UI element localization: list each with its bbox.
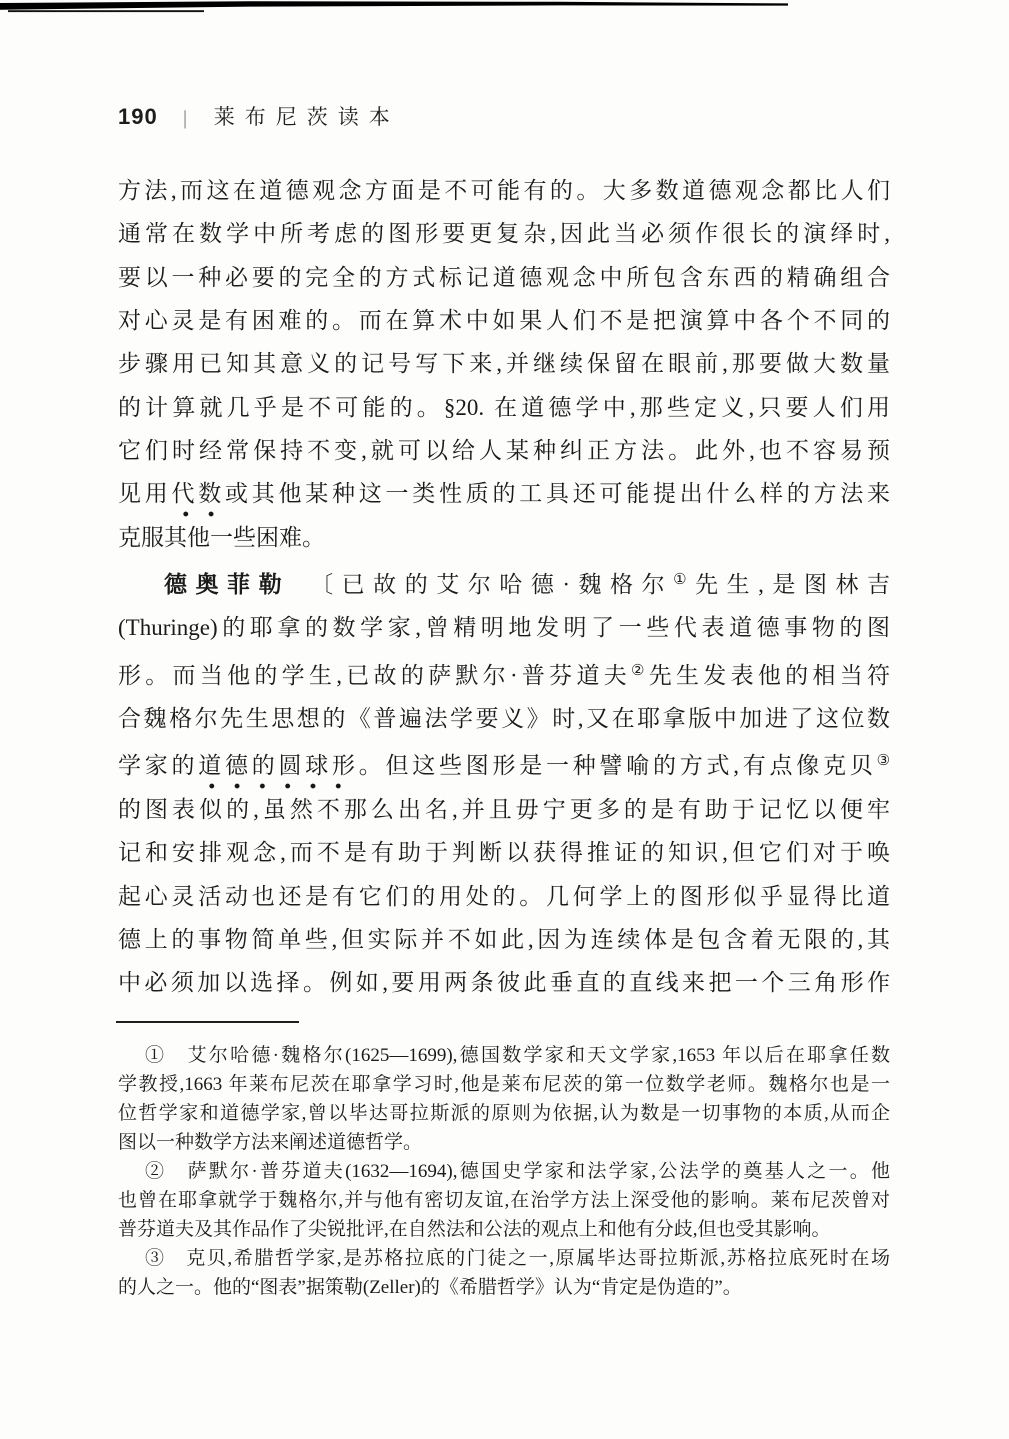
body-line: 方法,而这在道德观念方面是不可能有的。大多数道德观念都比人们 <box>118 169 890 212</box>
body-line: 形。而当他的学生,已故的萨默尔·普芬道夫②先生发表他的相当符 <box>118 650 890 697</box>
scan-artifact-top <box>0 0 1009 18</box>
body-line: 起心灵活动也还是有它们的用处的。几何学上的图形似乎显得比道 <box>118 875 890 918</box>
body-line: 步骤用已知其意义的记号写下来,并继续保留在眼前,那要做大数量 <box>118 342 890 385</box>
text-run: 见用 <box>118 481 172 506</box>
footnote-line: 普芬道夫及其作品作了尖锐批评,在自然法和公法的观点上和他有分歧,但也受其影响。 <box>118 1215 890 1244</box>
body-line: 克服其他一些困难。 <box>118 516 890 559</box>
text-run: 。但这些图形是一种譬喻的方式,有点像克贝 <box>359 753 877 778</box>
footnote-ref: ③ <box>877 753 890 769</box>
footnote-line: ① 艾尔哈德·魏格尔(1625—1699),德国数学家和天文学家,1653 年以… <box>118 1041 890 1070</box>
text-run: 步骤用已知其意义的记号写下来,并继续保留在眼前,那要做大数量 <box>118 351 890 376</box>
footnote-line: 也曾在耶拿就学于魏格尔,并与他有密切友谊,在治学方法上深受他的影响。莱布尼茨曾对 <box>118 1186 890 1215</box>
page-number: 190 <box>118 104 158 130</box>
text-run: 克服其他一些困难。 <box>118 525 325 550</box>
text-run: 记和安排观念,而不是有助于判断以获得推证的知识,但它们对于唤 <box>118 840 890 865</box>
text-run: 的图表似的,虽然不那么出名,并且毋宁更多的是有助于记忆以便牢 <box>118 797 890 822</box>
footnote-line: ③ 克贝,希腊哲学家,是苏格拉底的门徒之一,原属毕达哥拉斯派,苏格拉底死时在场 <box>118 1244 890 1273</box>
footnotes-section: ① 艾尔哈德·魏格尔(1625—1699),德国数学家和天文学家,1653 年以… <box>118 1041 890 1302</box>
footnote-ref: ① <box>673 572 695 588</box>
footnote-line: 位哲学家和道德学家,曾以毕达哥拉斯派的原则为依据,认为数是一切事物的本质,从而企 <box>118 1099 890 1128</box>
text-run: 它们时经常保持不变,就可以给人某种纠正方法。此外,也不容易预 <box>118 438 890 463</box>
text-run: 先生发表他的相当符 <box>649 663 890 688</box>
text-run: 也曾在耶拿就学于魏格尔,并与他有密切友谊,在治学方法上深受他的影响。莱布尼茨曾对 <box>118 1190 890 1211</box>
body-line: 合魏格尔先生思想的《普遍法学要义》时,又在耶拿版中加进了这位数 <box>118 697 890 740</box>
body-line: 德上的事物简单些,但实际并不如此,因为连续体是包含着无限的,其 <box>118 918 890 961</box>
body-line: 记和安排观念,而不是有助于判断以获得推证的知识,但它们对于唤 <box>118 831 890 874</box>
text-run: 图以一种数学方法来阐述道德哲学。 <box>118 1132 422 1153</box>
text-run: 合魏格尔先生思想的《普遍法学要义》时,又在耶拿版中加进了这位数 <box>118 706 890 731</box>
text-run: 起心灵活动也还是有它们的用处的。几何学上的图形似乎显得比道 <box>118 884 890 909</box>
book-title: 莱布尼茨读本 <box>214 101 400 131</box>
body-line: 见用代数或其他某种这一类性质的工具还可能提出什么样的方法来 <box>118 472 890 515</box>
text-run: (Thuringe)的耶拿的数学家,曾精明地发明了一些代表道德事物的图 <box>118 615 890 640</box>
text-run: 方法,而这在道德观念方面是不可能有的。大多数道德观念都比人们 <box>118 178 890 203</box>
body-line: 学家的道德的圆球形。但这些图形是一种譬喻的方式,有点像克贝③ <box>118 740 890 787</box>
text-run: 的人之一。他的“图表”据策勒(Zeller)的《希腊哲学》认为“肯定是伪造的”。 <box>118 1277 742 1298</box>
text-run: 形。而当他的学生,已故的萨默尔·普芬道夫 <box>118 663 631 688</box>
page-header: 190 | 莱布尼茨读本 <box>118 101 400 131</box>
text-run: 通常在数学中所考虑的图形要更复杂,因此当必须作很长的演绎时, <box>118 221 890 246</box>
text-run: 或其他某种这一类性质的工具还可能提出什么样的方法来 <box>225 481 890 506</box>
body-line: 中必须加以选择。例如,要用两条彼此垂直的直线来把一个三角形作 <box>118 961 890 1004</box>
text-run: 位哲学家和道德学家,曾以毕达哥拉斯派的原则为依据,认为数是一切事物的本质,从而企 <box>118 1103 890 1124</box>
footnote-line: 图以一种数学方法来阐述道德哲学。 <box>118 1128 890 1157</box>
body-line: 的图表似的,虽然不那么出名,并且毋宁更多的是有助于记忆以便牢 <box>118 788 890 831</box>
body-line: 德奥菲勒 〔已故的艾尔哈德·魏格尔①先生,是图林吉 <box>118 559 890 606</box>
text-run: 对心灵是有困难的。而在算术中如果人们不是把演算中各个不同的 <box>118 308 890 333</box>
footnote-line: ② 萨默尔·普芬道夫(1632—1694),德国史学家和法学家,公法学的奠基人之… <box>118 1157 890 1186</box>
text-run: 的计算就几乎是不可能的。§20. 在道德学中,那些定义,只要人们用 <box>118 395 890 420</box>
book-page: 190 | 莱布尼茨读本 方法,而这在道德观念方面是不可能有的。大多数道德观念都… <box>0 0 1009 1439</box>
text-run: 学教授,1663 年莱布尼茨在耶拿学习时,他是莱布尼茨的第一位数学老师。魏格尔也… <box>118 1074 890 1095</box>
body-line: 的计算就几乎是不可能的。§20. 在道德学中,那些定义,只要人们用 <box>118 386 890 429</box>
footnote-line: 学教授,1663 年莱布尼茨在耶拿学习时,他是莱布尼茨的第一位数学老师。魏格尔也… <box>118 1070 890 1099</box>
emphasized-text: 代数 <box>172 481 226 517</box>
body-text: 方法,而这在道德观念方面是不可能有的。大多数道德观念都比人们通常在数学中所考虑的… <box>118 169 890 1005</box>
text-run: 中必须加以选择。例如,要用两条彼此垂直的直线来把一个三角形作 <box>118 970 890 995</box>
header-divider: | <box>183 107 186 130</box>
emphasized-text: 道德的圆球形 <box>198 753 359 789</box>
footnote-ref: ② <box>631 663 649 679</box>
speaker-name: 德奥菲勒 <box>164 571 290 597</box>
body-line: 要以一种必要的完全的方式标记道德观念中所包含东西的精确组合 <box>118 256 890 299</box>
text-run: 先生,是图林吉 <box>695 572 890 597</box>
text-run: 德上的事物简单些,但实际并不如此,因为连续体是包含着无限的,其 <box>118 927 890 952</box>
text-run: 学家的 <box>118 753 198 778</box>
text-run: ① 艾尔哈德·魏格尔(1625—1699),德国数学家和天文学家,1653 年以… <box>145 1045 890 1066</box>
text-run: ② 萨默尔·普芬道夫(1632—1694),德国史学家和法学家,公法学的奠基人之… <box>145 1161 890 1182</box>
body-line: 对心灵是有困难的。而在算术中如果人们不是把演算中各个不同的 <box>118 299 890 342</box>
text-run: ③ 克贝,希腊哲学家,是苏格拉底的门徒之一,原属毕达哥拉斯派,苏格拉底死时在场 <box>145 1248 890 1269</box>
text-run: 要以一种必要的完全的方式标记道德观念中所包含东西的精确组合 <box>118 265 890 290</box>
footnote-separator-rule <box>116 1021 299 1023</box>
footnote-line: 的人之一。他的“图表”据策勒(Zeller)的《希腊哲学》认为“肯定是伪造的”。 <box>118 1273 890 1302</box>
body-line: 它们时经常保持不变,就可以给人某种纠正方法。此外,也不容易预 <box>118 429 890 472</box>
body-line: (Thuringe)的耶拿的数学家,曾精明地发明了一些代表道德事物的图 <box>118 606 890 649</box>
text-run: 普芬道夫及其作品作了尖锐批评,在自然法和公法的观点上和他有分歧,但也受其影响。 <box>118 1219 831 1240</box>
text-run: 〔已故的艾尔哈德·魏格尔 <box>290 572 673 597</box>
body-line: 通常在数学中所考虑的图形要更复杂,因此当必须作很长的演绎时, <box>118 212 890 255</box>
